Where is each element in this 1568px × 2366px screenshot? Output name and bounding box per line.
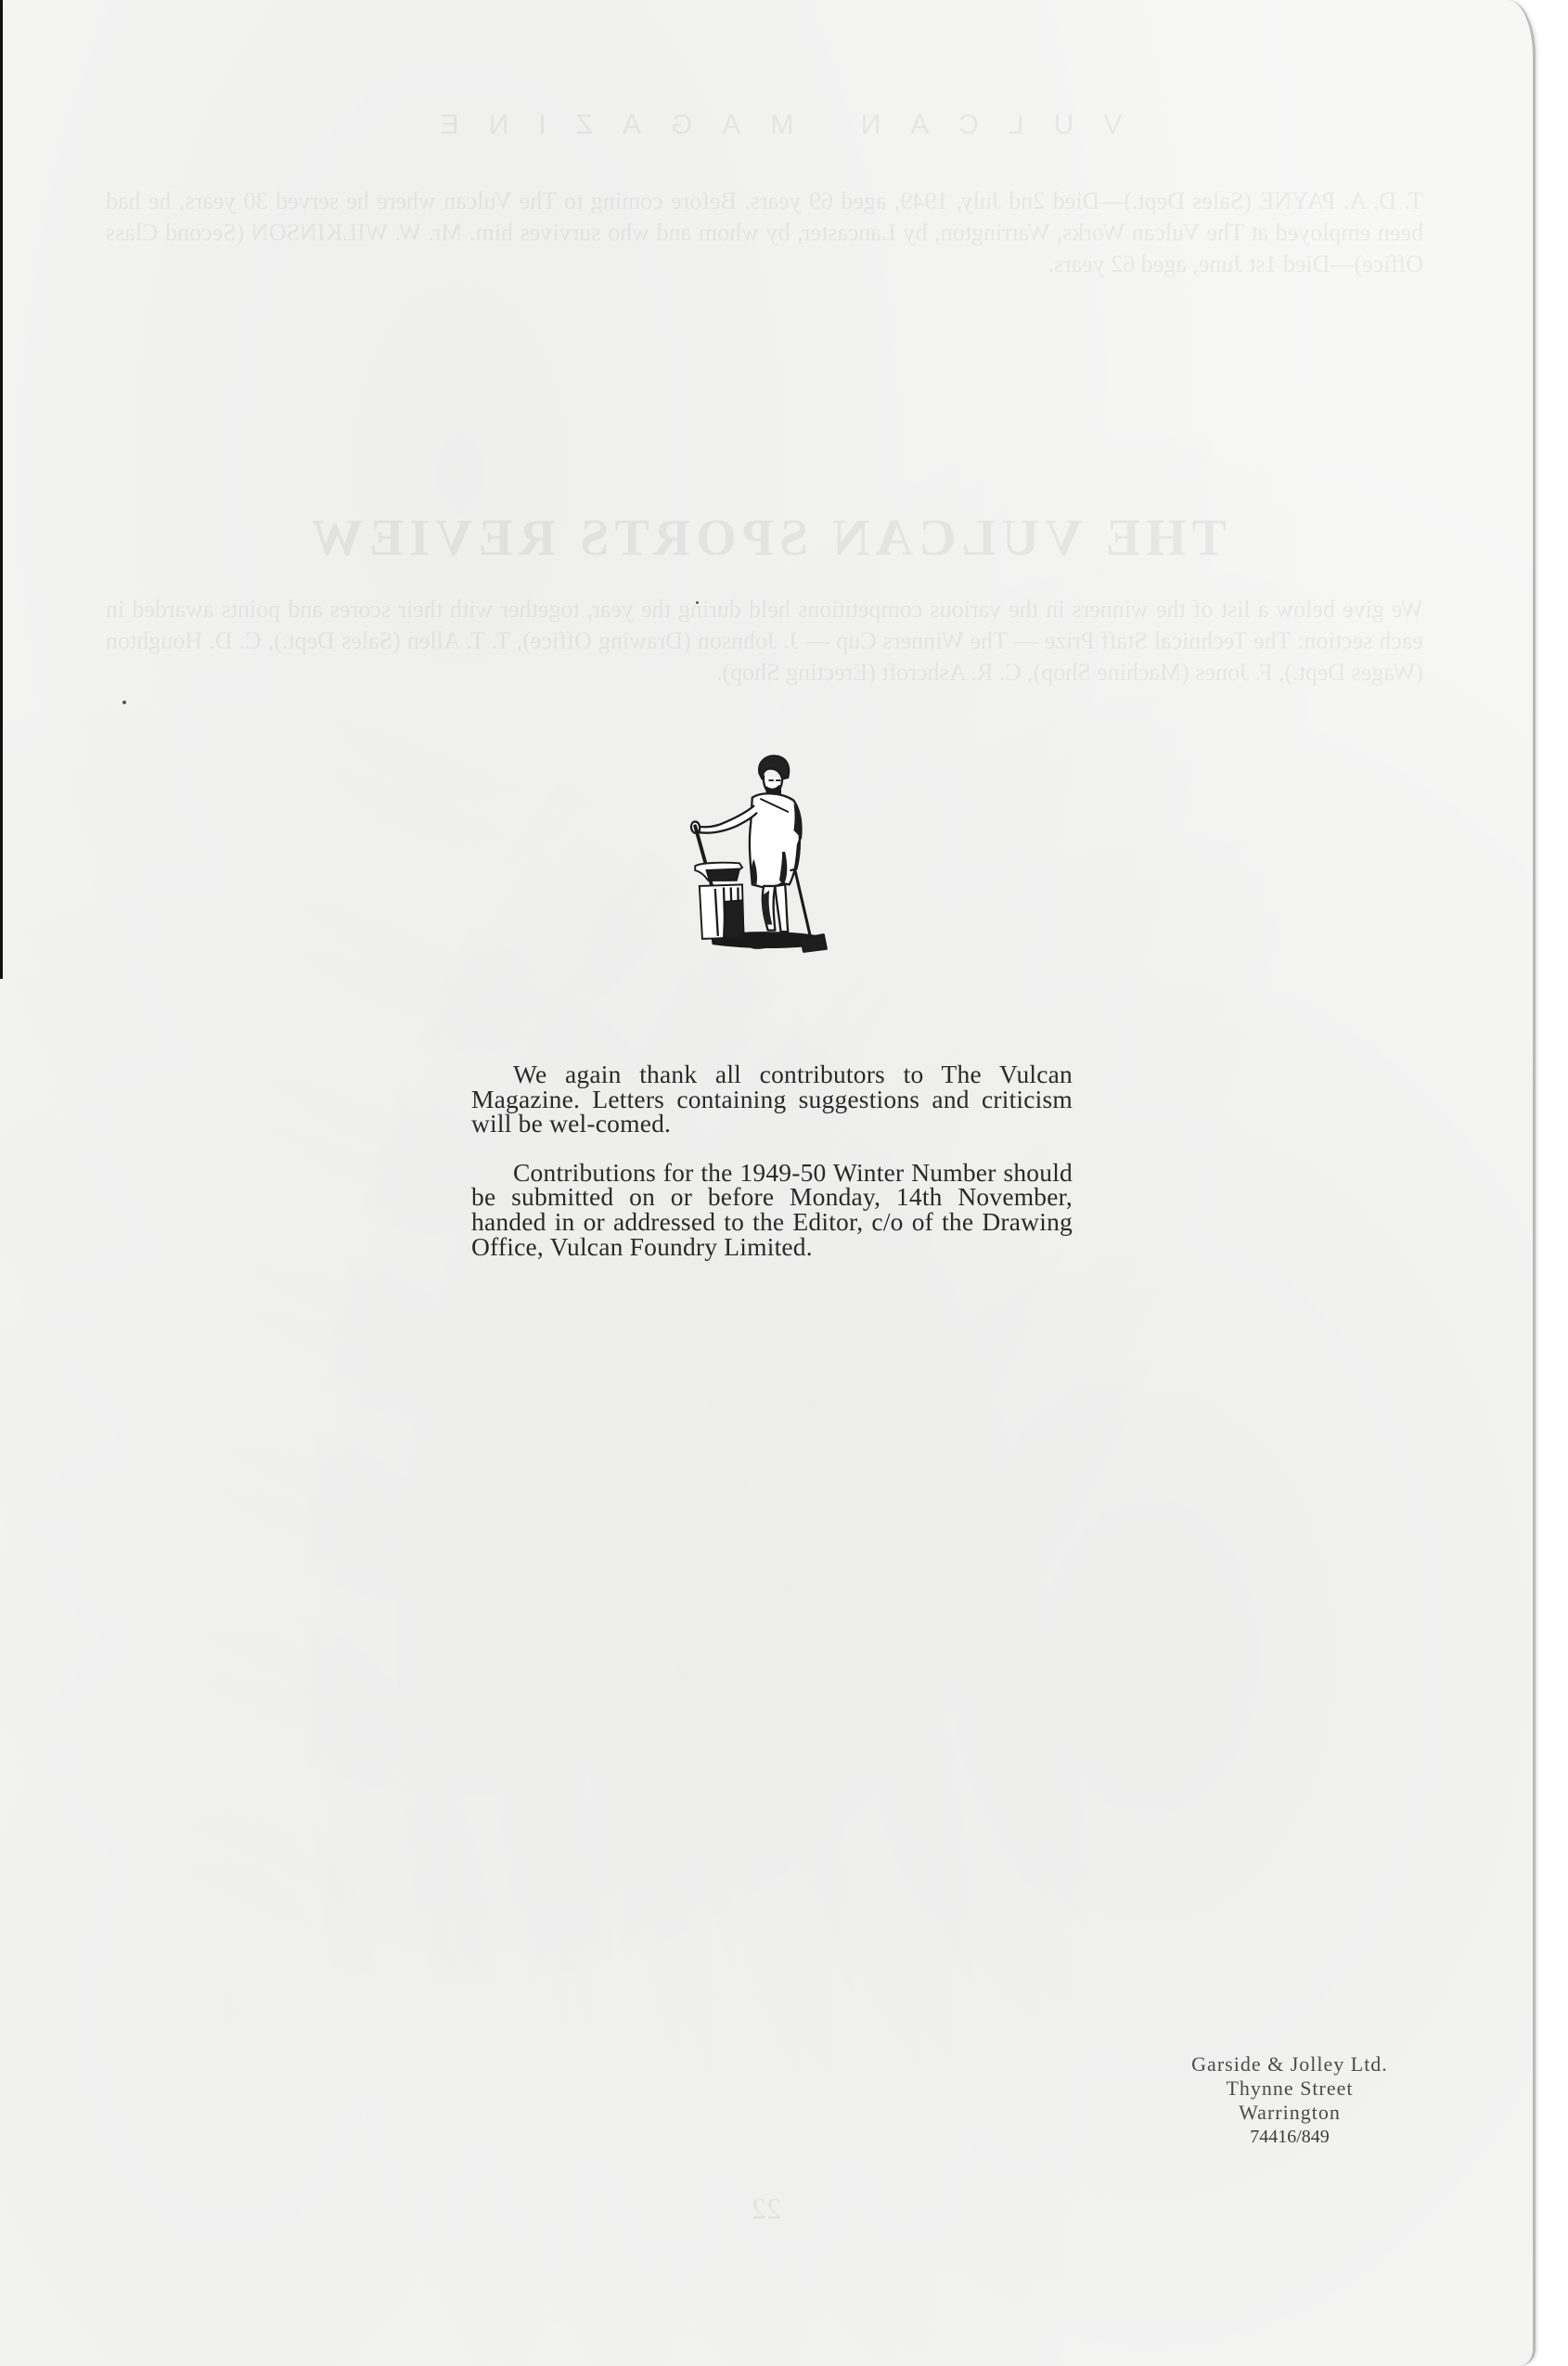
print-job-number: 74416/849 — [1150, 2125, 1429, 2149]
paper-speck — [696, 601, 699, 604]
anvil-icon — [695, 863, 743, 939]
notice-paragraph-submission-deadline: Contributions for the 1949-50 Winter Num… — [471, 1161, 1073, 1259]
printer-street: Thynne Street — [1150, 2077, 1429, 2101]
notice-paragraph-thanks: We again thank all contributors to The V… — [471, 1062, 1073, 1137]
printer-name: Garside & Jolley Ltd. — [1150, 2052, 1429, 2077]
printer-imprint: Garside & Jolley Ltd. Thynne Street Warr… — [1150, 2052, 1429, 2149]
blacksmith-illustration — [668, 713, 854, 991]
contributors-notice: We again thank all contributors to The V… — [471, 1062, 1073, 1259]
binding-edge-strip — [0, 0, 3, 979]
paper-speck — [122, 701, 126, 704]
printer-town: Warrington — [1150, 2101, 1429, 2125]
